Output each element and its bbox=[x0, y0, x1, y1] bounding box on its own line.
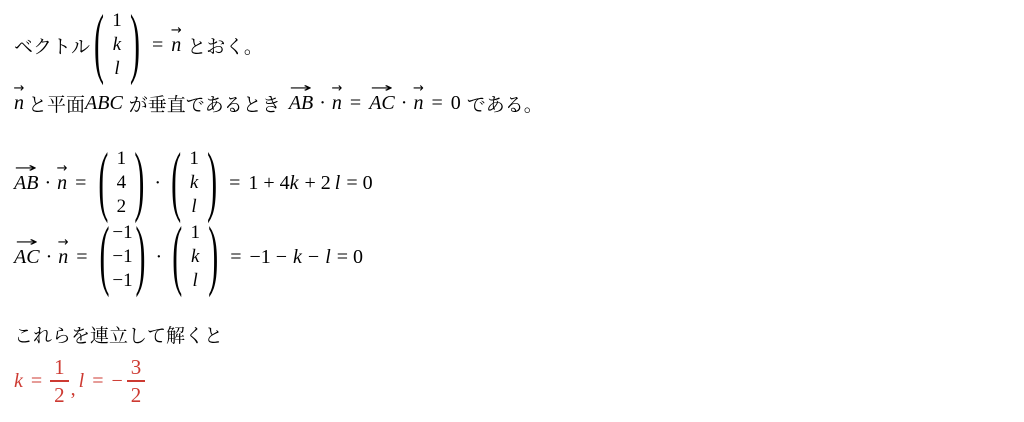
matrix-entry: −1 bbox=[112, 245, 132, 269]
zero-value: 0 bbox=[451, 92, 461, 115]
matrix-entry: k bbox=[191, 245, 199, 269]
matrix-entry: k bbox=[113, 33, 121, 57]
variable-l: l bbox=[79, 370, 85, 393]
matrix-entry: −1 bbox=[112, 269, 132, 293]
intro-text: ベクトル bbox=[14, 32, 90, 59]
vector-n: →n bbox=[14, 92, 24, 115]
matrix-entry: 1 bbox=[189, 147, 199, 171]
vector-ac-matrix: ( −1 −1 −1 ) bbox=[100, 221, 146, 293]
dot-operator: · bbox=[401, 92, 408, 115]
matrix-column: 1 k l bbox=[184, 221, 206, 293]
close-paren: ) bbox=[208, 218, 218, 296]
variable-l: l bbox=[325, 246, 331, 269]
vector-ab-matrix: ( 1 4 2 ) bbox=[98, 147, 144, 219]
perpendicular-condition-line: →n と平面 ABC が垂直であるとき →AB · →n = →AC · →n … bbox=[14, 88, 1024, 118]
vector-ac: →AC bbox=[14, 246, 40, 269]
matrix-entry: k bbox=[190, 171, 198, 195]
matrix-entry: 1 bbox=[117, 147, 127, 171]
vector-arrow-icon: → bbox=[15, 235, 38, 250]
open-paren: ( bbox=[94, 6, 104, 84]
matrix-column: 1 k l bbox=[106, 9, 128, 81]
solve-text: これらを連立して解くと bbox=[14, 321, 223, 348]
expression-text: + 2 bbox=[305, 172, 331, 195]
vector-arrow-icon: → bbox=[14, 81, 25, 96]
equals-sign: = bbox=[229, 172, 240, 195]
equals-sign: = bbox=[31, 370, 42, 393]
matrix-entry: 4 bbox=[117, 171, 127, 195]
vector-ab: →AB bbox=[289, 92, 313, 115]
vector-arrow-icon: → bbox=[371, 81, 394, 96]
vector-n-matrix: ( 1 k l ) bbox=[94, 9, 140, 81]
equals-sign: = bbox=[152, 34, 163, 57]
vector-n: →n bbox=[58, 246, 68, 269]
open-paren: ( bbox=[100, 218, 110, 296]
matrix-entry: 1 bbox=[112, 9, 122, 33]
fraction-denominator: 2 bbox=[131, 382, 142, 407]
vector-arrow-icon: → bbox=[290, 81, 313, 96]
equals-sign: = bbox=[431, 92, 442, 115]
vector-arrow-icon: → bbox=[58, 235, 69, 250]
ac-dot-product-equation: →AC · →n = ( −1 −1 −1 ) · ( 1 k l ) = −1… bbox=[14, 220, 1024, 294]
dot-operator: · bbox=[156, 246, 163, 269]
open-paren: ( bbox=[171, 144, 181, 222]
vector-ab: →AB bbox=[14, 172, 38, 195]
minus-sign: − bbox=[112, 370, 123, 393]
close-paren: ) bbox=[207, 144, 217, 222]
close-paren: ) bbox=[136, 218, 146, 296]
condition-text: と平面 bbox=[28, 90, 85, 117]
fraction-numerator: 1 bbox=[50, 355, 69, 382]
matrix-entry: l bbox=[193, 269, 198, 293]
matrix-column: 1 4 2 bbox=[110, 147, 132, 219]
vector-arrow-icon: → bbox=[15, 161, 38, 176]
matrix-entry: 1 bbox=[190, 221, 200, 245]
dot-operator: · bbox=[44, 172, 51, 195]
equals-sign: = bbox=[76, 246, 87, 269]
vector-n: →n bbox=[332, 92, 342, 115]
matrix-column: −1 −1 −1 bbox=[112, 221, 134, 293]
vector-definition-line: ベクトル ( 1 k l ) = →n とおく。 bbox=[14, 6, 1024, 84]
vector-arrow-icon: → bbox=[57, 161, 68, 176]
expression-text: = 0 bbox=[346, 172, 372, 195]
math-document: ベクトル ( 1 k l ) = →n とおく。 →n と平面 ABC が垂直で… bbox=[0, 0, 1024, 422]
close-paren: ) bbox=[130, 6, 140, 84]
vector-n-matrix: ( 1 k l ) bbox=[171, 147, 217, 219]
vector-arrow-icon: → bbox=[171, 23, 182, 38]
plane-abc-label: ABC bbox=[85, 92, 123, 115]
open-paren: ( bbox=[98, 144, 108, 222]
close-paren: ) bbox=[134, 144, 144, 222]
matrix-entry: l bbox=[114, 57, 119, 81]
variable-l: l bbox=[335, 172, 341, 195]
fraction-three-halves: 3 2 bbox=[127, 355, 146, 407]
vector-arrow-icon: → bbox=[413, 81, 424, 96]
ab-dot-product-equation: →AB · →n = ( 1 4 2 ) · ( 1 k l ) = 1 + 4… bbox=[14, 146, 1024, 220]
condition-text: が垂直であるとき bbox=[129, 90, 281, 117]
equals-sign: = bbox=[230, 246, 241, 269]
equals-sign: = bbox=[350, 92, 361, 115]
fraction-numerator: 3 bbox=[127, 355, 146, 382]
matrix-entry: −1 bbox=[112, 221, 132, 245]
matrix-entry: 2 bbox=[117, 195, 127, 219]
vector-n: →n bbox=[171, 34, 181, 57]
matrix-column: 1 k l bbox=[183, 147, 205, 219]
expression-text: 1 + 4 bbox=[248, 172, 289, 195]
variable-k: k bbox=[290, 172, 299, 195]
open-paren: ( bbox=[172, 218, 182, 296]
expression-text: − bbox=[308, 246, 319, 269]
condition-tail: である。 bbox=[467, 90, 543, 117]
equals-sign: = bbox=[75, 172, 86, 195]
solution-result: k = 1 2 , l = − 3 2 bbox=[14, 350, 1024, 412]
expression-text: = 0 bbox=[337, 246, 363, 269]
dot-operator: · bbox=[46, 246, 53, 269]
equals-sign: = bbox=[92, 370, 103, 393]
dot-operator: · bbox=[154, 172, 161, 195]
variable-k: k bbox=[293, 246, 302, 269]
fraction-one-half: 1 2 bbox=[50, 355, 69, 407]
dot-operator: · bbox=[319, 92, 326, 115]
comma-separator: , bbox=[71, 378, 76, 401]
matrix-entry: l bbox=[191, 195, 196, 219]
vector-n: →n bbox=[57, 172, 67, 195]
fraction-denominator: 2 bbox=[54, 382, 65, 407]
solve-statement: これらを連立して解くと bbox=[14, 320, 1024, 348]
vector-n: →n bbox=[413, 92, 423, 115]
vector-arrow-icon: → bbox=[331, 81, 342, 96]
vector-n-matrix: ( 1 k l ) bbox=[172, 221, 218, 293]
intro-tail: とおく。 bbox=[187, 32, 263, 59]
variable-k: k bbox=[14, 370, 23, 393]
vector-ac: →AC bbox=[369, 92, 395, 115]
expression-text: −1 − bbox=[249, 246, 287, 269]
